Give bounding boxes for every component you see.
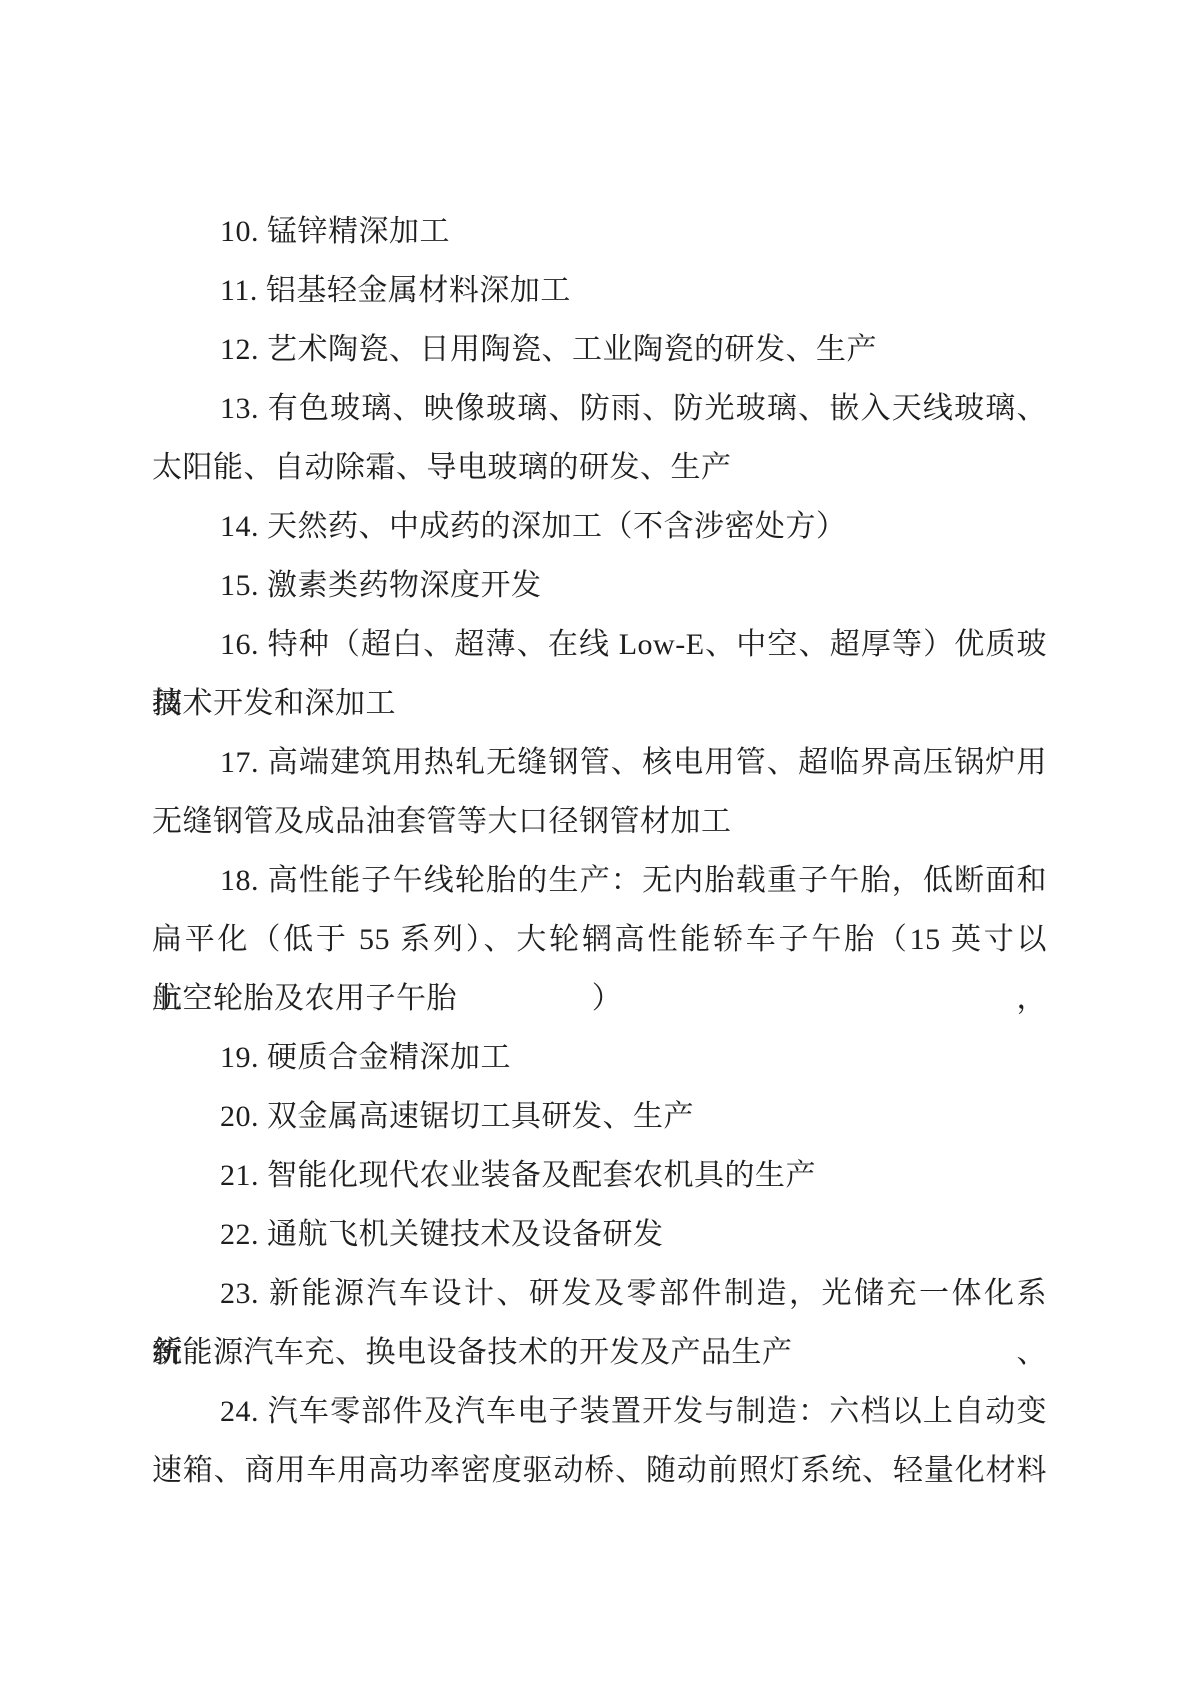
doc-line: 23. 新能源汽车设计、研发及零部件制造，光储充一体化系统、 — [152, 1264, 1047, 1323]
doc-line: 14. 天然药、中成药的深加工（不含涉密处方） — [152, 497, 1047, 556]
doc-line: 16. 特种（超白、超薄、在线 Low-E、中空、超厚等）优质玻璃 — [152, 615, 1047, 674]
document-body: 10. 锰锌精深加工11. 铝基轻金属材料深加工12. 艺术陶瓷、日用陶瓷、工业… — [152, 202, 1047, 1500]
doc-line: 22. 通航飞机关键技术及设备研发 — [152, 1205, 1047, 1264]
doc-line: 18. 高性能子午线轮胎的生产：无内胎载重子午胎，低断面和 — [152, 851, 1047, 910]
doc-line: 24. 汽车零部件及汽车电子装置开发与制造：六档以上自动变 — [152, 1382, 1047, 1441]
doc-line: 10. 锰锌精深加工 — [152, 202, 1047, 261]
document-page: 10. 锰锌精深加工11. 铝基轻金属材料深加工12. 艺术陶瓷、日用陶瓷、工业… — [0, 0, 1190, 1683]
doc-line: 无缝钢管及成品油套管等大口径钢管材加工 — [152, 792, 1047, 851]
doc-line: 速箱、商用车用高功率密度驱动桥、随动前照灯系统、轻量化材料 — [152, 1441, 1047, 1500]
doc-line: 13. 有色玻璃、映像玻璃、防雨、防光玻璃、嵌入天线玻璃、 — [152, 379, 1047, 438]
doc-line: 12. 艺术陶瓷、日用陶瓷、工业陶瓷的研发、生产 — [152, 320, 1047, 379]
doc-line: 15. 激素类药物深度开发 — [152, 556, 1047, 615]
doc-line: 17. 高端建筑用热轧无缝钢管、核电用管、超临界高压锅炉用 — [152, 733, 1047, 792]
doc-line: 技术开发和深加工 — [152, 674, 1047, 733]
doc-line: 扁平化（低于 55 系列）、大轮辋高性能轿车子午胎（15 英寸以上）， — [152, 910, 1047, 969]
doc-line: 20. 双金属高速锯切工具研发、生产 — [152, 1087, 1047, 1146]
doc-line: 21. 智能化现代农业装备及配套农机具的生产 — [152, 1146, 1047, 1205]
doc-line: 11. 铝基轻金属材料深加工 — [152, 261, 1047, 320]
doc-line: 19. 硬质合金精深加工 — [152, 1028, 1047, 1087]
doc-line: 太阳能、自动除霜、导电玻璃的研发、生产 — [152, 438, 1047, 497]
